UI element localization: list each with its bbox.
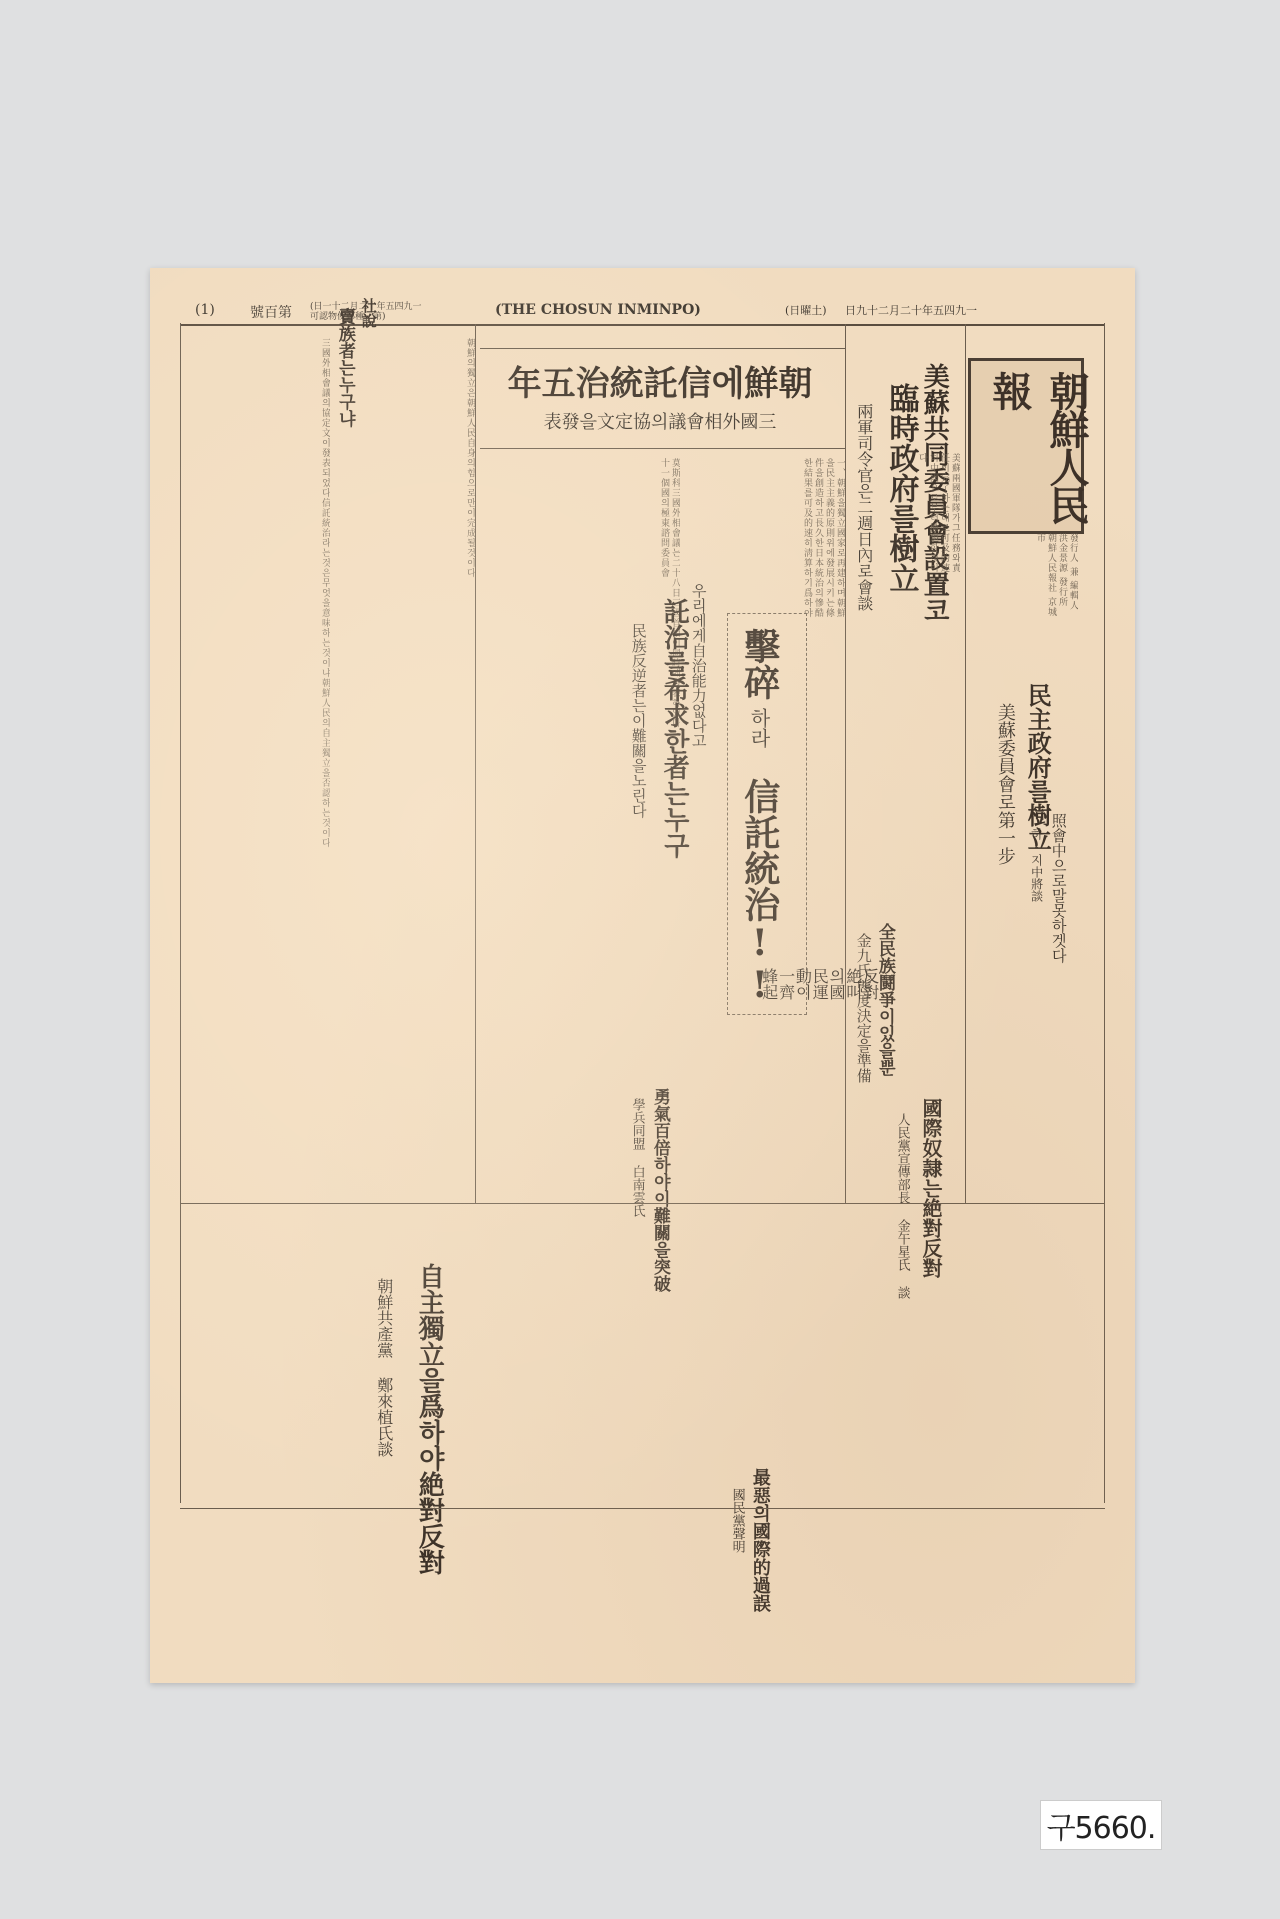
- article-body: 朝鮮의獨立은朝鮮人民自身의힘으로만이完成될것이다: [380, 338, 475, 1198]
- page-number: (1): [195, 302, 215, 318]
- main-subheadline: 三國外相會議의協定文을發表: [510, 408, 810, 434]
- english-title: (THE CHOSUN INMINPO): [495, 302, 701, 318]
- publisher-info: 發行人 兼 編輯人 洪金景源 發行所 朝鮮人民報社 京城市: [968, 533, 1078, 618]
- headline-slavery: 國際奴隷는絶對反對: [920, 1098, 941, 1278]
- headline-whole-nation: 全民族鬪爭이있을뿐: [875, 923, 893, 1076]
- page-header: (1) 號百第 (日一十二月二十年五四九一 可認物便郵種三第) (THE CHO…: [195, 302, 1100, 324]
- newspaper-page: (1) 號百第 (日一十二月二十年五四九一 可認物便郵種三第) (THE CHO…: [150, 268, 1135, 1683]
- headline-smash: 擊碎: [740, 628, 778, 700]
- headline-who-wants: 託治를希求한者는누구: [660, 598, 687, 858]
- editorial-label: 社說: [360, 298, 376, 328]
- weekday: (日曜土): [785, 302, 827, 318]
- article-body: 一、朝鮮을獨立國家로再建하며朝鮮을民主主義的原則위에發展시키는條件을創造하고長久…: [695, 458, 845, 623]
- archive-label: 구5660.: [1040, 1800, 1162, 1850]
- issue-number: 號百第: [250, 302, 292, 322]
- masthead-title: 朝鮮人民報: [981, 371, 1095, 531]
- article-body: 莫斯科三國外相會議는二十八日三國首相이同時에發表하였다十一個國의極東諮問委員會: [480, 458, 680, 728]
- headline-independence: 自主獨立을爲하야絶對反對: [415, 1263, 442, 1575]
- editorial-title: 賣族者는누구냐: [335, 308, 353, 427]
- headline-courage: 勇氣百倍하야이難關을突破: [650, 1088, 668, 1292]
- headline-worst: 最惡의國際的過誤: [750, 1468, 769, 1612]
- main-headline: 朝鮮에信託統治五年: [480, 356, 840, 405]
- issue-date: 日九十二月二十年五四九一: [845, 302, 977, 318]
- article-body: 美蘇兩國軍隊가그任務와責任이完了하는대로可及的速히中國으로부터撤退할것이다: [850, 453, 960, 573]
- editorial-body: 三國外相會議의協定文이發表되었다信託統治라는것은무엇을意味하는것이냐朝鮮人民의自…: [190, 338, 330, 1198]
- headline-hodge: 照會中으로말못하겟다: [1050, 813, 1066, 963]
- masthead: 朝鮮人民報: [968, 358, 1084, 534]
- headline-democratic-government: 民主政府를樹立: [1025, 683, 1050, 851]
